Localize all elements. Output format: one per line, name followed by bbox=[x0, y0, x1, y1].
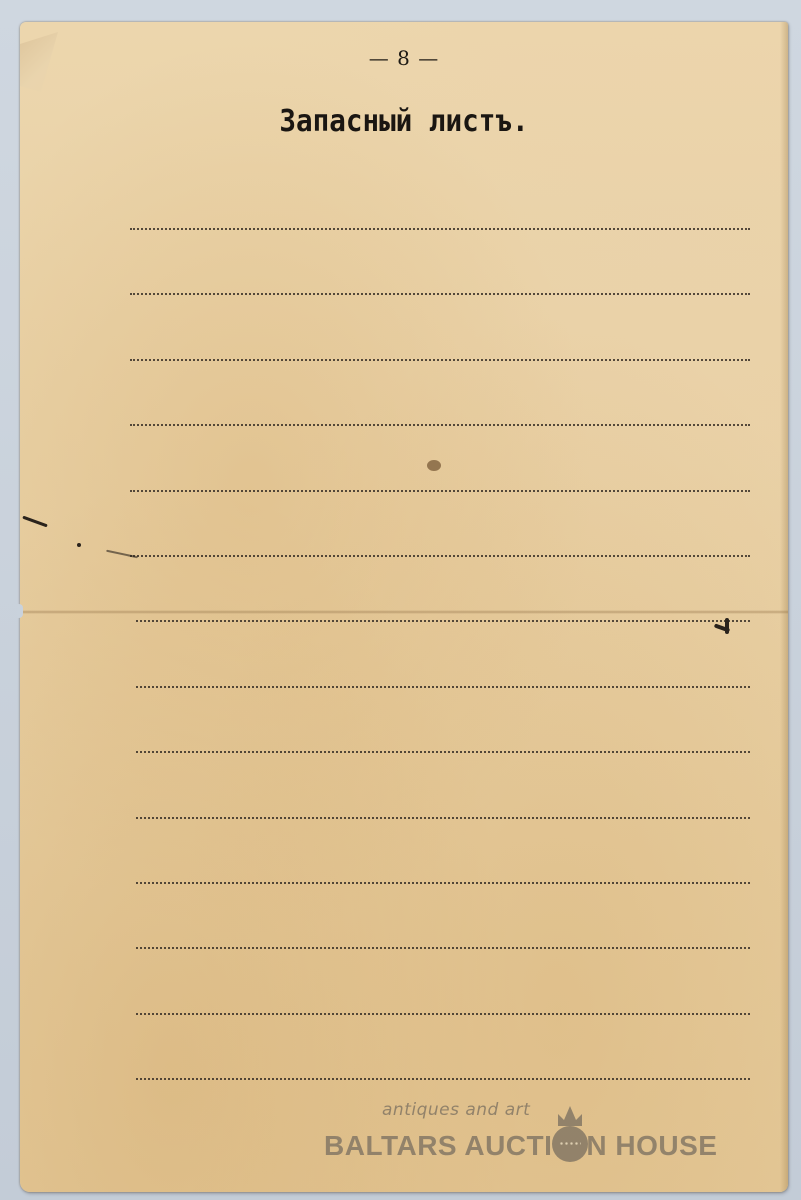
ruled-lines bbox=[20, 22, 788, 1192]
ruled-line bbox=[130, 293, 750, 295]
ink-dot bbox=[77, 543, 81, 547]
ruled-line bbox=[136, 620, 750, 622]
ruled-line bbox=[136, 882, 750, 884]
ink-checkmark-stem bbox=[725, 618, 729, 634]
ruled-line bbox=[136, 751, 750, 753]
ruled-line bbox=[130, 555, 750, 557]
ruled-line bbox=[130, 424, 750, 426]
document-page: — 8 — Запасный листъ. bbox=[20, 22, 788, 1192]
ruled-line bbox=[136, 686, 750, 688]
ruled-line bbox=[136, 1013, 750, 1015]
ruled-line bbox=[136, 817, 750, 819]
ruled-line bbox=[130, 490, 750, 492]
ruled-line bbox=[130, 359, 750, 361]
stain-spot bbox=[427, 460, 441, 471]
ruled-line bbox=[136, 1078, 750, 1080]
ruled-line bbox=[136, 947, 750, 949]
ruled-line bbox=[130, 228, 750, 230]
